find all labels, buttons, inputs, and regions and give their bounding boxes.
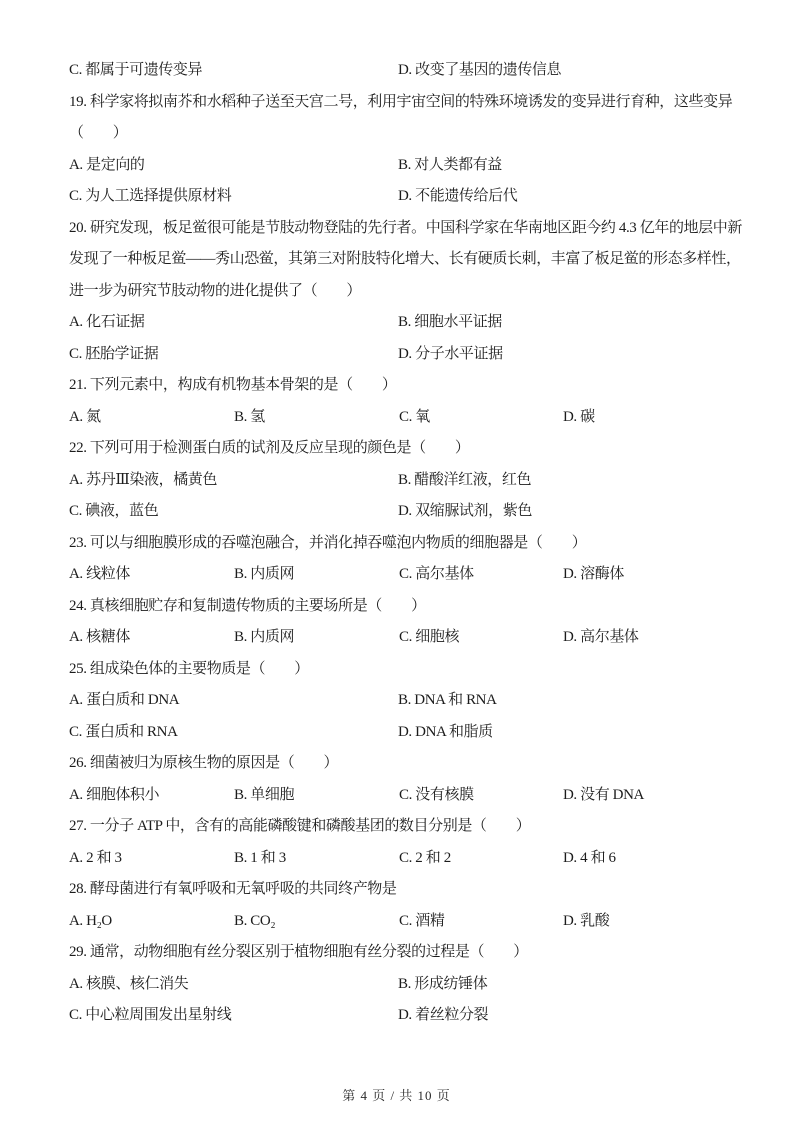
- option-a: A. 细胞体积小: [69, 780, 234, 812]
- option-b: B. 对人类都有益: [398, 150, 724, 182]
- option-row: C. 中心粒周围发出星射线D. 着丝粒分裂: [69, 1000, 724, 1032]
- question-text: 23. 可以与细胞膜形成的吞噬泡融合，并消化掉吞噬泡内物质的细胞器是（ ）: [69, 528, 724, 560]
- option-d: D. DNA 和脂质: [398, 717, 724, 749]
- option-row: A. 核糖体B. 内质网C. 细胞核D. 高尔基体: [69, 622, 724, 654]
- exam-page: C. 都属于可遗传变异D. 改变了基因的遗传信息19. 科学家将拟南芥和水稻种子…: [0, 0, 793, 1122]
- question-text: 21. 下列元素中，构成有机物基本骨架的是（ ）: [69, 370, 724, 402]
- option-d: D. 双缩脲试剂，紫色: [398, 496, 724, 528]
- option-b: B. 细胞水平证据: [398, 307, 724, 339]
- option-a: A. 是定向的: [69, 150, 398, 182]
- option-d: D. 乳酸: [563, 906, 724, 938]
- option-b: B. 醋酸洋红液，红色: [398, 465, 724, 497]
- option-b: B. 氢: [234, 402, 399, 434]
- option-b: B. 内质网: [234, 559, 399, 591]
- option-row: C. 胚胎学证据D. 分子水平证据: [69, 339, 724, 371]
- option-a: A. H₂O: [69, 906, 234, 938]
- option-c: C. 胚胎学证据: [69, 339, 398, 371]
- option-d: D. 分子水平证据: [398, 339, 724, 371]
- option-c: C. 氧: [399, 402, 563, 434]
- question-text: 20. 研究发现，板足鲎很可能是节肢动物登陆的先行者。中国科学家在华南地区距今约…: [69, 213, 724, 245]
- question-text: 25. 组成染色体的主要物质是（ ）: [69, 654, 724, 686]
- option-c: C. 没有核膜: [399, 780, 563, 812]
- question-text: 29. 通常，动物细胞有丝分裂区别于植物细胞有丝分裂的过程是（ ）: [69, 937, 724, 969]
- option-a: A. 氮: [69, 402, 234, 434]
- option-d: D. 碳: [563, 402, 724, 434]
- option-c: C. 高尔基体: [399, 559, 563, 591]
- option-b: B. 形成纺锤体: [398, 969, 724, 1001]
- question-text: 24. 真核细胞贮存和复制遗传物质的主要场所是（ ）: [69, 591, 724, 623]
- option-a: A. 2 和 3: [69, 843, 234, 875]
- option-c: C. 细胞核: [399, 622, 563, 654]
- option-c: C. 2 和 2: [399, 843, 563, 875]
- option-a: A. 苏丹Ⅲ染液，橘黄色: [69, 465, 398, 497]
- option-d: D. 改变了基因的遗传信息: [398, 55, 724, 87]
- option-a: A. 核膜、核仁消失: [69, 969, 398, 1001]
- option-row: C. 为人工选择提供原材料D. 不能遗传给后代: [69, 181, 724, 213]
- question-text: 发现了一种板足鲎——秀山恐鲎，其第三对附肢特化增大、长有硬质长刺，丰富了板足鲎的…: [69, 244, 724, 276]
- option-a: A. 线粒体: [69, 559, 234, 591]
- option-c: C. 中心粒周围发出星射线: [69, 1000, 398, 1032]
- option-d: D. 不能遗传给后代: [398, 181, 724, 213]
- option-d: D. 高尔基体: [563, 622, 724, 654]
- page-content: C. 都属于可遗传变异D. 改变了基因的遗传信息19. 科学家将拟南芥和水稻种子…: [69, 55, 724, 1032]
- page-footer: 第 4 页 / 共 10 页: [0, 1086, 793, 1106]
- option-d: D. 4 和 6: [563, 843, 724, 875]
- option-row: C. 都属于可遗传变异D. 改变了基因的遗传信息: [69, 55, 724, 87]
- question-text: 19. 科学家将拟南芥和水稻种子送至天宫二号，利用宇宙空间的特殊环境诱发的变异进…: [69, 87, 724, 119]
- option-d: D. 溶酶体: [563, 559, 724, 591]
- question-text: 28. 酵母菌进行有氧呼吸和无氧呼吸的共同终产物是: [69, 874, 724, 906]
- option-row: A. 蛋白质和 DNAB. DNA 和 RNA: [69, 685, 724, 717]
- question-text: 26. 细菌被归为原核生物的原因是（ ）: [69, 748, 724, 780]
- question-text: 27. 一分子 ATP 中，含有的高能磷酸键和磷酸基团的数目分别是（ ）: [69, 811, 724, 843]
- option-row: A. H₂OB. CO₂C. 酒精D. 乳酸: [69, 906, 724, 938]
- option-c: C. 蛋白质和 RNA: [69, 717, 398, 749]
- option-row: C. 蛋白质和 RNAD. DNA 和脂质: [69, 717, 724, 749]
- option-row: A. 2 和 3B. 1 和 3C. 2 和 2D. 4 和 6: [69, 843, 724, 875]
- option-b: B. 单细胞: [234, 780, 399, 812]
- option-row: C. 碘液，蓝色D. 双缩脲试剂，紫色: [69, 496, 724, 528]
- option-d: D. 着丝粒分裂: [398, 1000, 724, 1032]
- option-row: A. 苏丹Ⅲ染液，橘黄色B. 醋酸洋红液，红色: [69, 465, 724, 497]
- question-text: 进一步为研究节肢动物的进化提供了（ ）: [69, 276, 724, 308]
- option-row: A. 核膜、核仁消失B. 形成纺锤体: [69, 969, 724, 1001]
- option-d: D. 没有 DNA: [563, 780, 724, 812]
- option-b: B. DNA 和 RNA: [398, 685, 724, 717]
- option-c: C. 为人工选择提供原材料: [69, 181, 398, 213]
- option-row: A. 是定向的B. 对人类都有益: [69, 150, 724, 182]
- option-row: A. 氮B. 氢C. 氧D. 碳: [69, 402, 724, 434]
- option-b: B. CO₂: [234, 906, 399, 938]
- option-a: A. 化石证据: [69, 307, 398, 339]
- question-text: 22. 下列可用于检测蛋白质的试剂及反应呈现的颜色是（ ）: [69, 433, 724, 465]
- option-a: A. 蛋白质和 DNA: [69, 685, 398, 717]
- option-a: A. 核糖体: [69, 622, 234, 654]
- option-row: A. 细胞体积小B. 单细胞C. 没有核膜D. 没有 DNA: [69, 780, 724, 812]
- page-number-footer: 第 4 页 / 共 10 页: [342, 1088, 451, 1103]
- question-text: （ ）: [69, 118, 724, 150]
- option-b: B. 内质网: [234, 622, 399, 654]
- option-row: A. 化石证据B. 细胞水平证据: [69, 307, 724, 339]
- option-b: B. 1 和 3: [234, 843, 399, 875]
- option-c: C. 酒精: [399, 906, 563, 938]
- option-row: A. 线粒体B. 内质网C. 高尔基体D. 溶酶体: [69, 559, 724, 591]
- option-c: C. 碘液，蓝色: [69, 496, 398, 528]
- option-c: C. 都属于可遗传变异: [69, 55, 398, 87]
